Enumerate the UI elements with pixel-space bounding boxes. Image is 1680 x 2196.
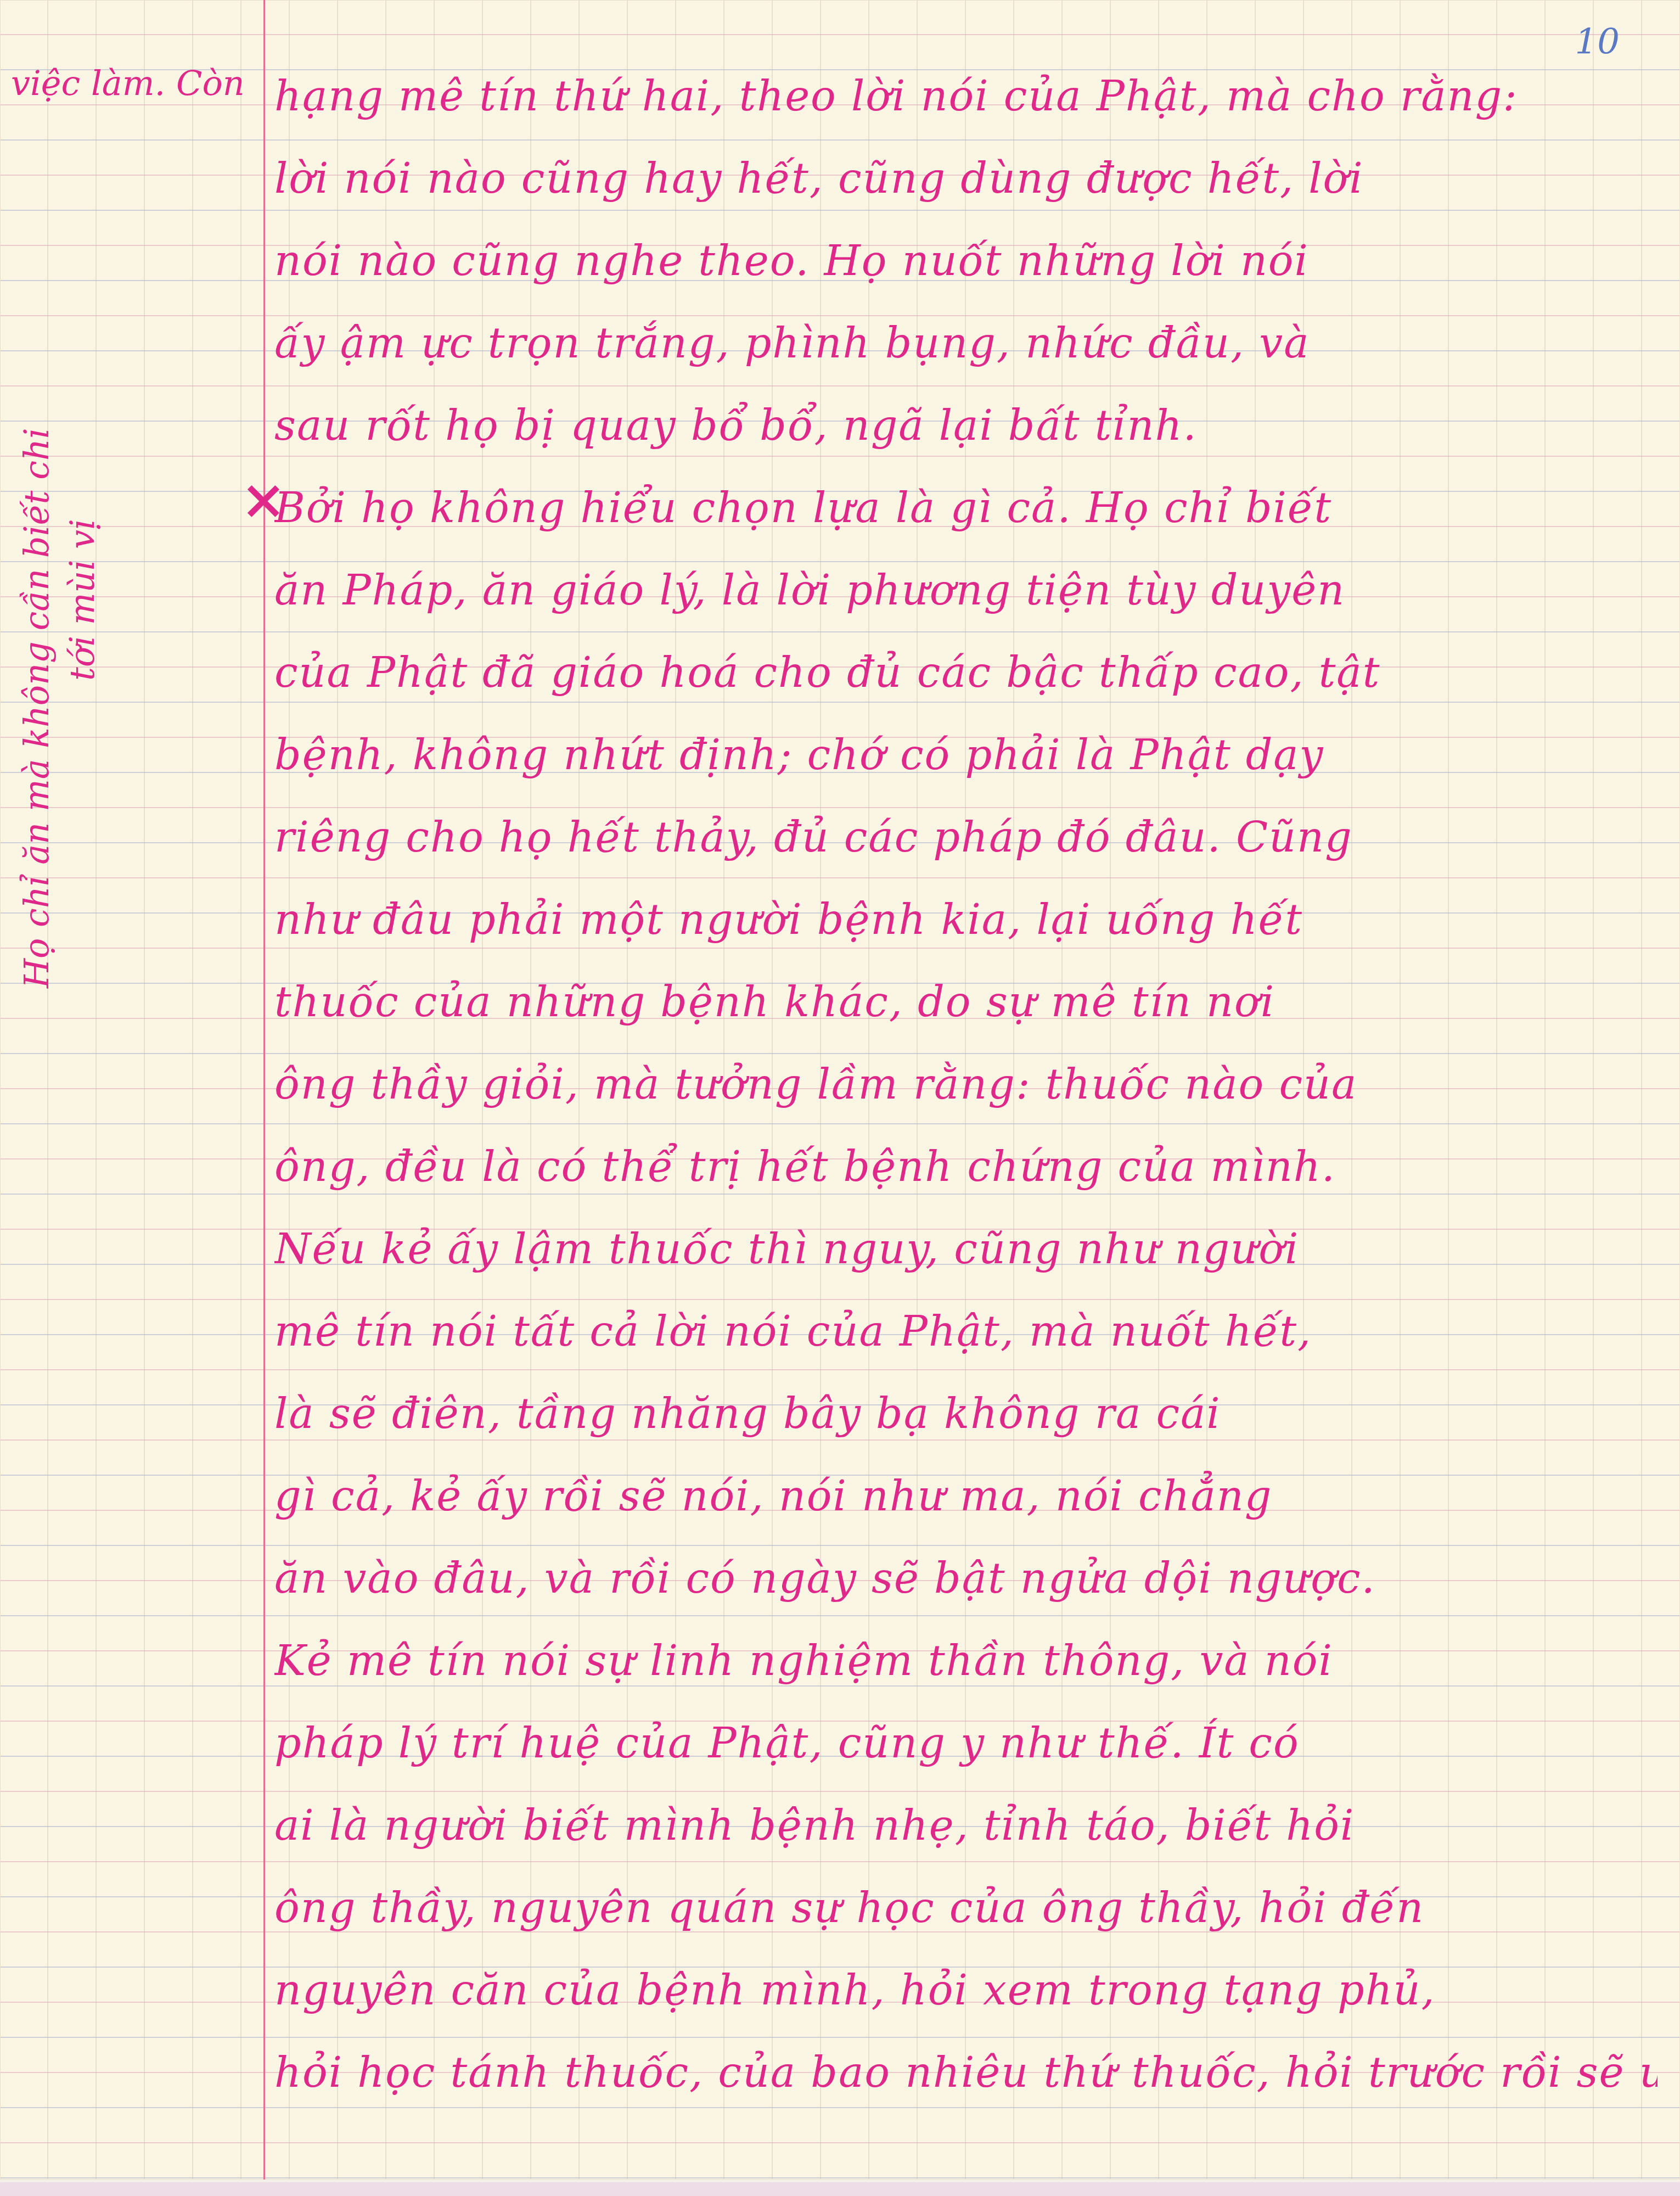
text-line: ông, đều là có thể trị hết bệnh chứng củ… <box>274 1125 1657 1208</box>
text-line: Kẻ mê tín nói sự linh nghiệm thần thông,… <box>274 1620 1657 1702</box>
text-line: ăn Pháp, ăn giáo lý, là lời phương tiện … <box>274 549 1657 631</box>
text-line: như đâu phải một người bệnh kia, lại uốn… <box>274 878 1657 961</box>
text-line: gì cả, kẻ ấy rồi sẽ nói, nói như ma, nói… <box>274 1455 1657 1537</box>
text-line: thuốc của những bệnh khác, do sự mê tín … <box>274 961 1657 1043</box>
text-line: Bởi họ không hiểu chọn lựa là gì cả. Họ … <box>274 467 1657 549</box>
text-line: Nếu kẻ ấy lậm thuốc thì nguy, cũng như n… <box>274 1208 1657 1290</box>
text-line: ấy ậm ực trọn trắng, phình bụng, nhức đầ… <box>274 302 1657 384</box>
text-line: mê tín nói tất cả lời nói của Phật, mà n… <box>274 1290 1657 1372</box>
handwritten-body: hạng mê tín thứ hai, theo lời nói của Ph… <box>274 55 1657 2114</box>
text-line: ông thầy, nguyên quán sự học của ông thầ… <box>274 1867 1657 1949</box>
text-line: bệnh, không nhứt định; chớ có phải là Ph… <box>274 714 1657 796</box>
text-line: hạng mê tín thứ hai, theo lời nói của Ph… <box>274 55 1657 137</box>
text-line: riêng cho họ hết thảy, đủ các pháp đó đâ… <box>274 796 1657 878</box>
text-line: ai là người biết mình bệnh nhẹ, tỉnh táo… <box>274 1784 1657 1867</box>
margin-note-side: Họ chỉ ăn mà không cần biết chi tới mùi … <box>16 428 102 988</box>
scan-bottom-edge <box>0 2182 1680 2196</box>
text-line: ăn vào đâu, và rồi có ngày sẽ bật ngửa d… <box>274 1537 1657 1620</box>
margin-note-side-line1: Họ chỉ ăn mà không cần biết chi <box>16 428 57 988</box>
text-line: lời nói nào cũng hay hết, cũng dùng được… <box>274 137 1657 220</box>
text-line: của Phật đã giáo hoá cho đủ các bậc thấp… <box>274 631 1657 714</box>
text-line: pháp lý trí huệ của Phật, cũng y như thế… <box>274 1702 1657 1784</box>
text-line: hỏi học tánh thuốc, của bao nhiêu thứ th… <box>274 2031 1657 2114</box>
text-line: ông thầy giỏi, mà tưởng lầm rằng: thuốc … <box>274 1043 1657 1125</box>
margin-rule <box>263 0 265 2180</box>
text-line: nguyên căn của bệnh mình, hỏi xem trong … <box>274 1949 1657 2031</box>
text-line: là sẽ điên, tầng nhăng bây bạ không ra c… <box>274 1372 1657 1455</box>
margin-note-side-line2: tới mùi vị <box>62 428 102 681</box>
text-line: nói nào cũng nghe theo. Họ nuốt những lờ… <box>274 220 1657 302</box>
notebook-page: 10 việc làm. Còn Họ chỉ ăn mà không cần … <box>0 0 1680 2180</box>
text-line: sau rốt họ bị quay bổ bổ, ngã lại bất tỉ… <box>274 384 1657 467</box>
margin-note-top: việc làm. Còn <box>11 63 258 103</box>
